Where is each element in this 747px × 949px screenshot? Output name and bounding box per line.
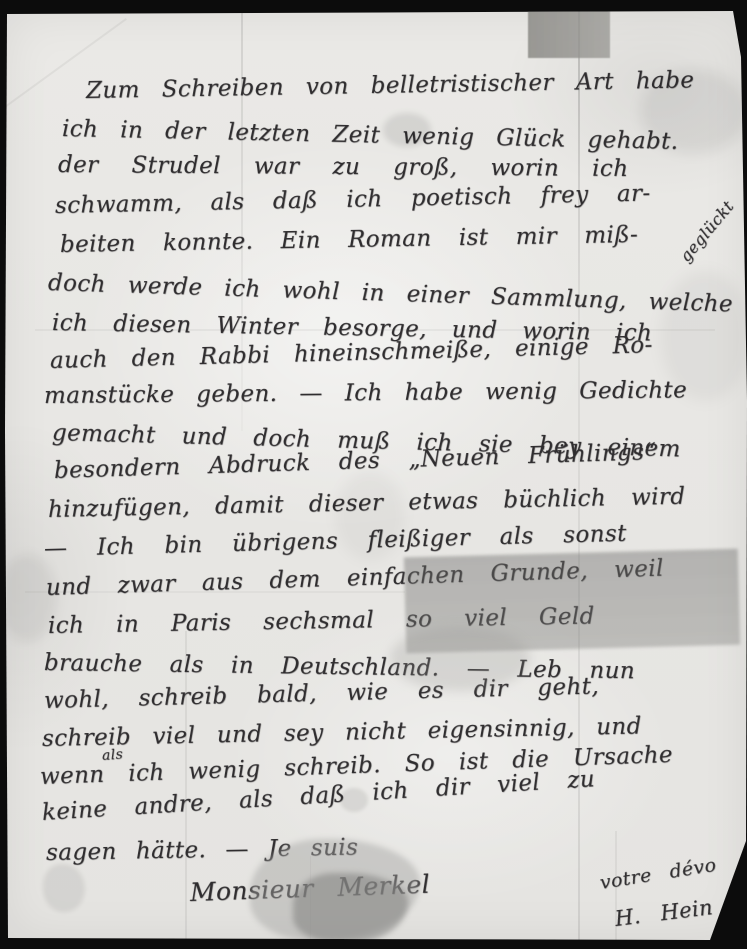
tape-piece-top (528, 11, 610, 58)
handwriting-line: beiten konnte. Ein Roman ist mir miß- (60, 222, 639, 258)
handwriting-line: sagen hätte. — Je suis (46, 835, 359, 866)
handwriting-line: manstücke geben. — Ich habe wenig Gedich… (44, 377, 687, 409)
margin-insertion-word: geglückt (676, 197, 738, 266)
scanned-letter-page: Zum Schreiben von belletristischer Art h… (0, 0, 747, 949)
handwriting-line: ich in der letzten Zeit wenig Glück geha… (62, 116, 679, 155)
interline-insertion-word: als (101, 747, 123, 764)
letter-paper: Zum Schreiben von belletristischer Art h… (5, 11, 747, 940)
small-stain-bottom-left (43, 864, 85, 912)
handwriting-line: — Ich bin übrigens fleißiger als sonst (44, 521, 627, 562)
handwriting-line: und zwar aus dem einfachen Grunde, weil (46, 556, 664, 601)
signature: H. Hein (614, 895, 715, 931)
handwriting-line: Zum Schreiben von belletristischer Art h… (86, 67, 695, 104)
handwriting-line: doch werde ich wohl in einer Sammlung, w… (48, 270, 734, 318)
address-line: Monsieur Merkel (189, 870, 430, 907)
handwriting-line: ich in Paris sechsmal so viel Geld (48, 603, 595, 639)
handwriting-line: hinzufügen, damit dieser etwas büchlich … (48, 484, 686, 523)
handwriting-line: schwamm, als daß ich poetisch frey ar- (55, 181, 651, 219)
valediction-line: votre dévo (598, 854, 718, 894)
handwriting-line: der Strudel war zu groß, worin ich (58, 152, 629, 182)
